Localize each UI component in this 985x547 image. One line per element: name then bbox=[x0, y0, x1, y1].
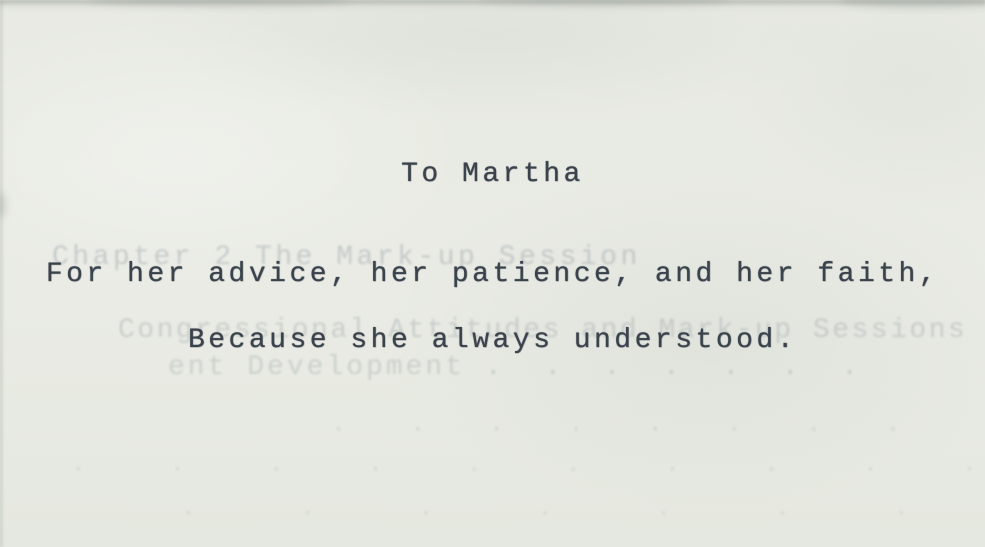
dedication-line-2: Because she always understood. bbox=[0, 324, 985, 358]
ghost-bleedthrough-line: . . . . . . . . . . bbox=[70, 448, 981, 482]
dedication-title: To Martha bbox=[0, 158, 985, 192]
scanned-page: Chapter 2 The Mark-up Session Congressio… bbox=[0, 0, 985, 547]
paper-smudge bbox=[0, 192, 5, 218]
dedication-line-1: For her advice, her patience, and her fa… bbox=[0, 258, 985, 292]
ghost-bleedthrough-line: . . . . . . . . bbox=[330, 408, 904, 442]
ghost-bleedthrough-line: . . . . . . . bbox=[180, 492, 913, 526]
